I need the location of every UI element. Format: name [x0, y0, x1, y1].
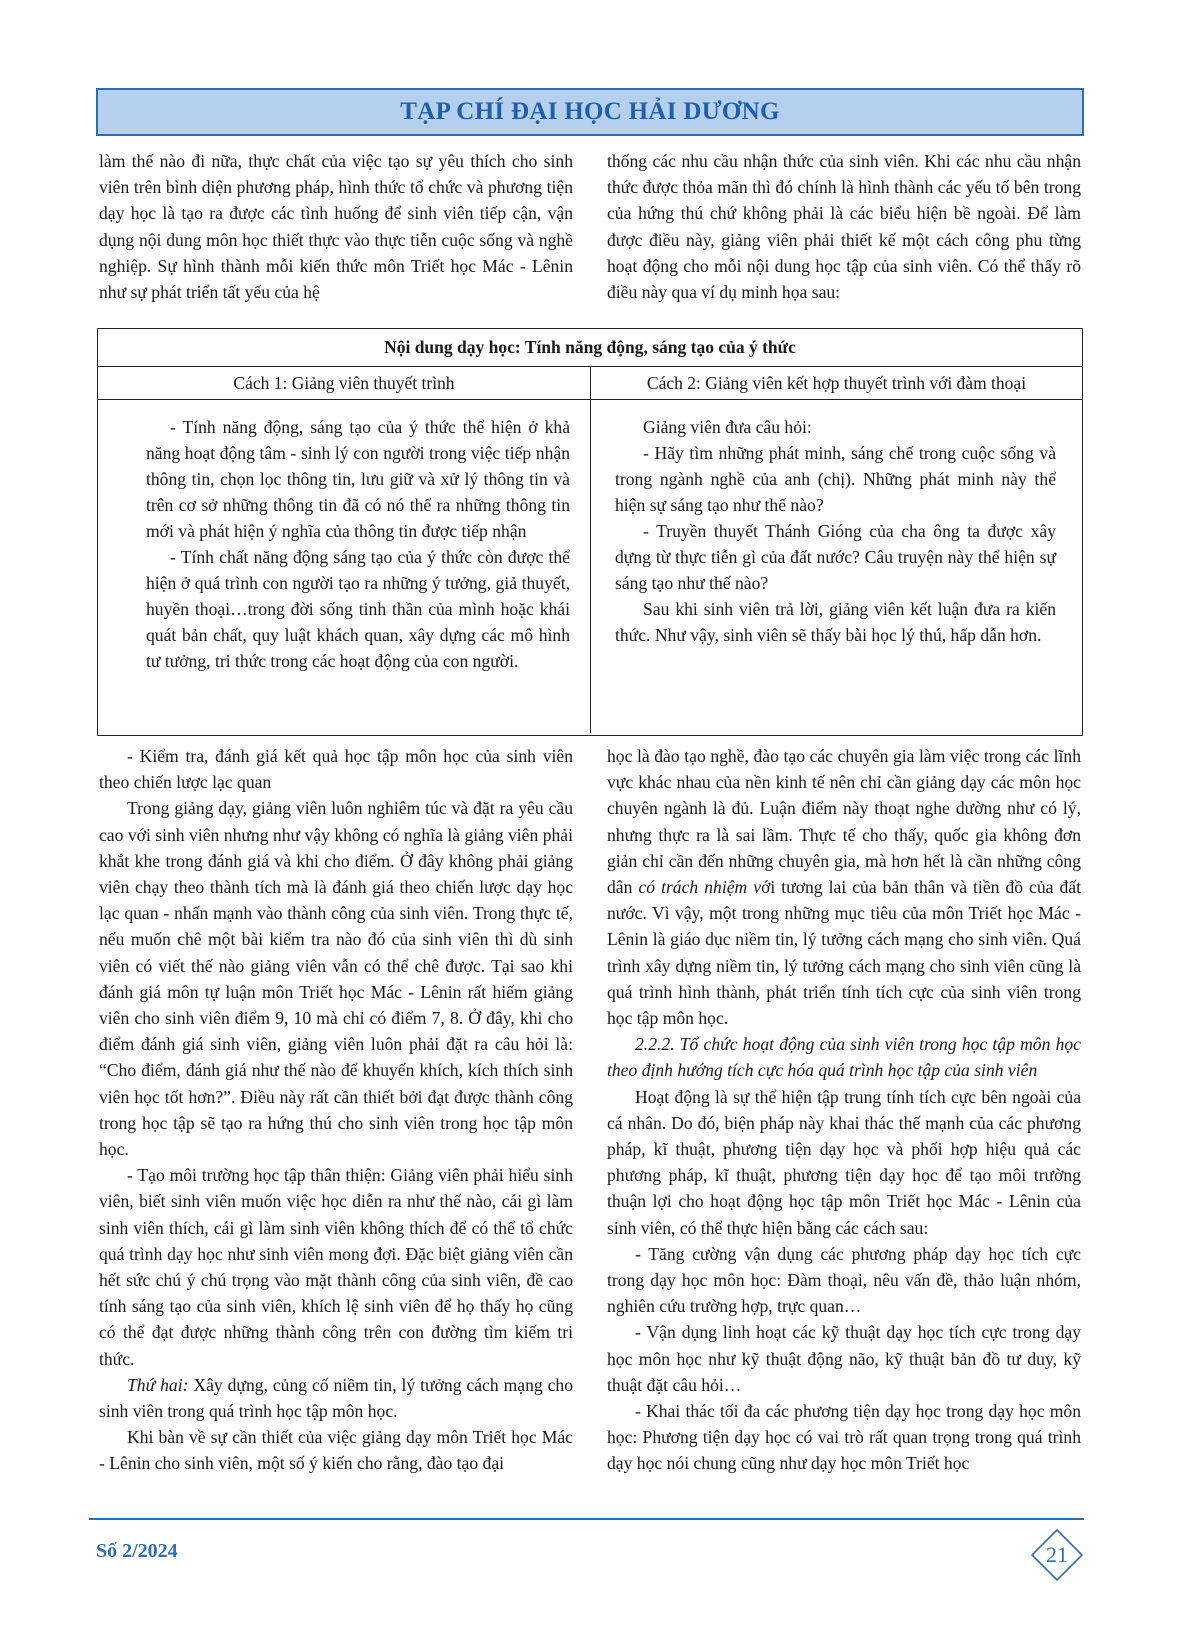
paragraph: - Kiểm tra, đánh giá kết quả học tập môn…: [99, 743, 573, 795]
section-heading-2-2-2: 2.2.2. Tổ chức hoạt động của sinh viên t…: [607, 1031, 1081, 1083]
cell-paragraph: - Tính năng động, sáng tạo của ý thức th…: [146, 414, 570, 544]
cell-paragraph: Sau khi sinh viên trả lời, giảng viên kế…: [615, 596, 1056, 648]
cell-paragraph: - Truyền thuyết Thánh Gióng của cha ông …: [615, 518, 1056, 596]
paragraph: - Tạo môi trường học tập thân thiện: Giả…: [99, 1162, 573, 1372]
text-run: ới tương lai của bản thân và tiền đồ của…: [607, 877, 1081, 1028]
paragraph: học là đào tạo nghề, đào tạo các chuyên …: [607, 743, 1081, 1031]
text-run: học là đào tạo nghề, đào tạo các chuyên …: [607, 746, 1081, 897]
table-header-method-1: Cách 1: Giảng viên thuyết trình: [98, 367, 591, 399]
table-header-row: Cách 1: Giảng viên thuyết trình Cách 2: …: [98, 367, 1082, 400]
paragraph: - Tăng cường vận dụng các phương pháp dạ…: [607, 1241, 1081, 1320]
cell-paragraph: Giảng viên đưa câu hỏi:: [615, 414, 1056, 440]
table-header-method-2: Cách 2: Giảng viên kết hợp thuyết trình …: [591, 367, 1082, 399]
cell-paragraph: - Tính chất năng động sáng tạo của ý thứ…: [146, 544, 570, 674]
italic-run: có trách nhiệm v: [638, 877, 761, 897]
paragraph-thu-hai: Thứ hai: Xây dựng, củng cố niềm tin, lý …: [99, 1372, 573, 1424]
table-body-row: - Tính năng động, sáng tạo của ý thức th…: [98, 400, 1082, 733]
paragraph: làm thế nào đi nữa, thực chất của việc t…: [99, 148, 573, 305]
bottom-right-column: học là đào tạo nghề, đào tạo các chuyên …: [607, 743, 1081, 1477]
cell-paragraph: - Hãy tìm những phát minh, sáng chế tron…: [615, 440, 1056, 518]
paragraph: Trong giảng dạy, giảng viên luôn nghiêm …: [99, 795, 573, 1162]
paragraph: - Khai thác tối đa các phương tiện dạy h…: [607, 1398, 1081, 1477]
top-left-column: làm thế nào đi nữa, thực chất của việc t…: [99, 148, 573, 305]
footer-divider: [89, 1518, 1084, 1520]
paragraph: - Vận dụng linh hoạt các kỹ thuật dạy họ…: [607, 1319, 1081, 1398]
top-columns: làm thế nào đi nữa, thực chất của việc t…: [99, 148, 1081, 305]
thu-hai-label: Thứ hai:: [127, 1375, 188, 1395]
page-number: 21: [1030, 1528, 1084, 1582]
paragraph: Hoạt động là sự thể hiện tập trung tính …: [607, 1084, 1081, 1241]
table-cell-method-1: - Tính năng động, sáng tạo của ý thức th…: [98, 400, 591, 733]
comparison-table: Nội dung dạy học: Tính năng động, sáng t…: [97, 328, 1083, 736]
paragraph: thống các nhu cầu nhận thức của sinh viê…: [607, 148, 1081, 305]
table-cell-method-2: Giảng viên đưa câu hỏi: - Hãy tìm những …: [591, 400, 1082, 733]
top-right-column: thống các nhu cầu nhận thức của sinh viê…: [607, 148, 1081, 305]
journal-title: TẠP CHÍ ĐẠI HỌC HẢI DƯƠNG: [400, 98, 780, 126]
table-title: Nội dung dạy học: Tính năng động, sáng t…: [98, 329, 1082, 367]
issue-number: Số 2/2024: [96, 1540, 178, 1563]
bottom-left-column: - Kiểm tra, đánh giá kết quả học tập môn…: [99, 743, 573, 1477]
bottom-columns: - Kiểm tra, đánh giá kết quả học tập môn…: [99, 743, 1081, 1477]
paragraph: Khi bàn về sự cần thiết của việc giảng d…: [99, 1424, 573, 1476]
journal-header-bar: TẠP CHÍ ĐẠI HỌC HẢI DƯƠNG: [96, 88, 1084, 136]
